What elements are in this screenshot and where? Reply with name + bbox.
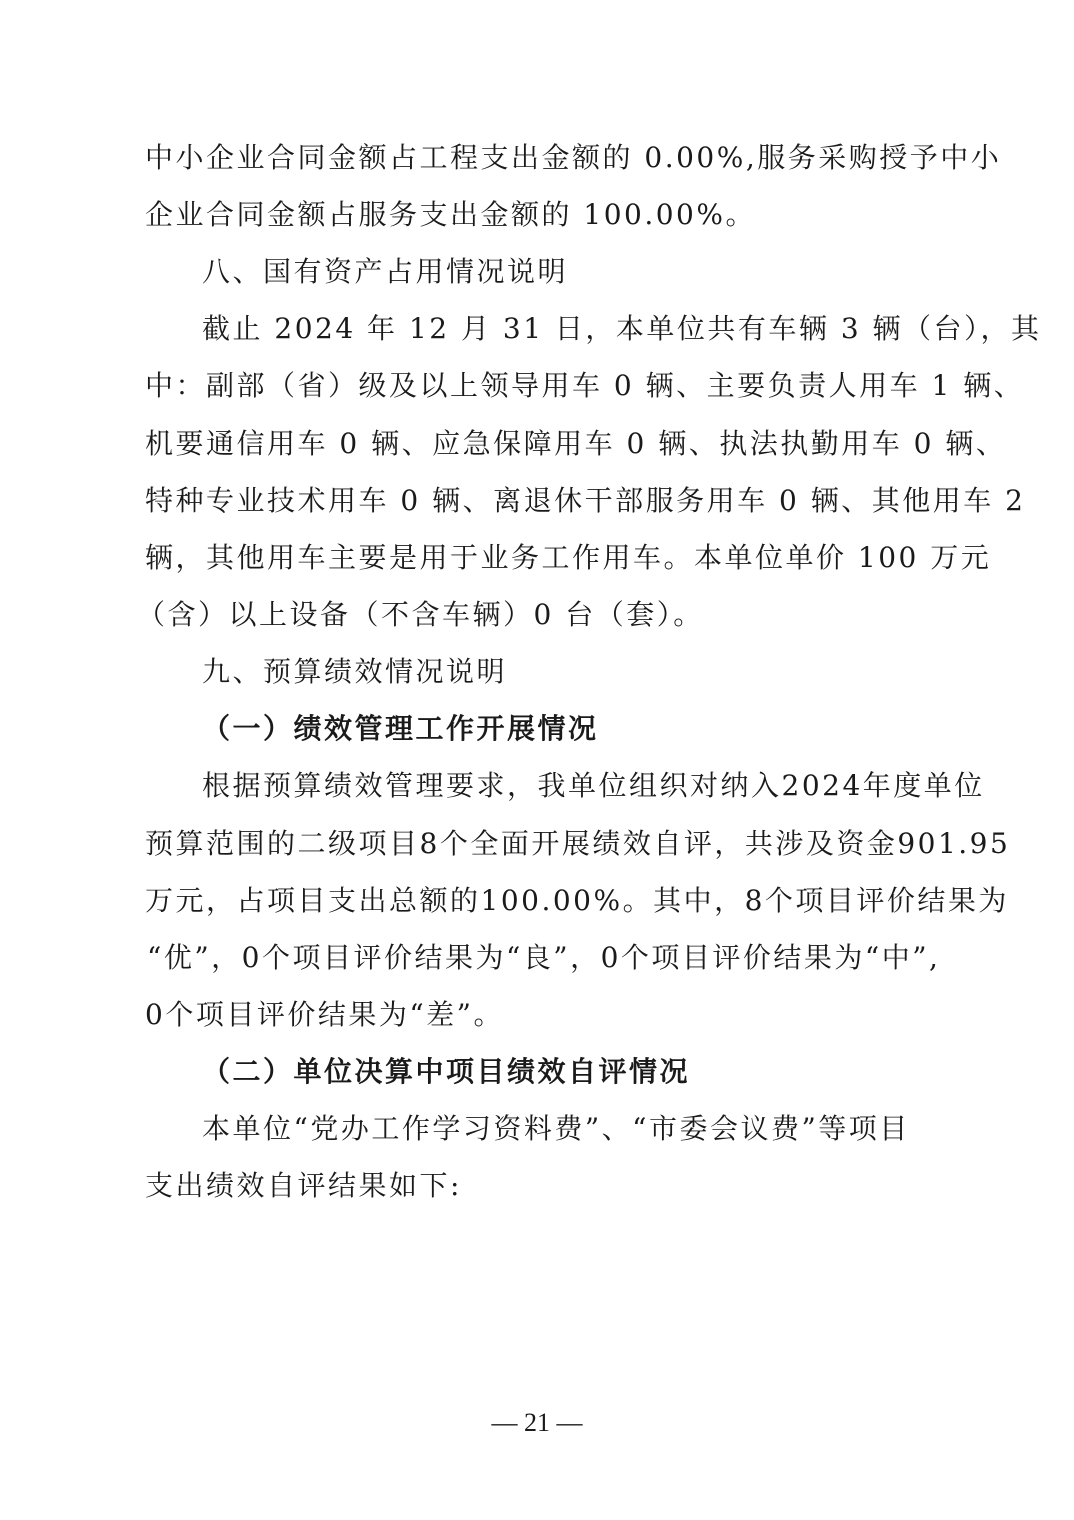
subsection-heading-2: （二）单位决算中项目绩效自评情况: [202, 1044, 690, 1100]
paragraph-line: 万元，占项目支出总额的100.00%。其中，8个项目评价结果为: [145, 873, 1009, 929]
paragraph-line: 特种专业技术用车 0 辆、离退休干部服务用车 0 辆、其他用车 2: [145, 473, 1025, 529]
paragraph-line: （含）以上设备（不含车辆）0 台（套）。: [137, 587, 704, 643]
paragraph-line: 支出绩效自评结果如下:: [145, 1158, 462, 1214]
paragraph-line: 0个项目评价结果为“差”。: [145, 987, 504, 1043]
section-heading-9: 九、预算绩效情况说明: [202, 644, 507, 700]
paragraph-line: 辆，其他用车主要是用于业务工作用车。本单位单价 100 万元: [145, 530, 991, 586]
paragraph-line: 根据预算绩效管理要求，我单位组织对纳入2024年度单位: [202, 758, 985, 814]
paragraph-line: 企业合同金额占服务支出金额的 100.00%。: [145, 187, 756, 243]
paragraph-line: 截止 2024 年 12 月 31 日，本单位共有车辆 3 辆（台），其: [202, 301, 1042, 357]
paragraph-line: “优”，0个项目评价结果为“良”，0个项目评价结果为“中”,: [147, 930, 940, 986]
paragraph-line: 中：副部（省）级及以上领导用车 0 辆、主要负责人用车 1 辆、: [145, 358, 1024, 414]
page-number: — 21 —: [0, 1408, 1074, 1438]
subsection-heading-1: （一）绩效管理工作开展情况: [202, 701, 599, 757]
paragraph-line: 预算范围的二级项目8个全面开展绩效自评，共涉及资金901.95: [145, 816, 1010, 872]
section-heading-8: 八、国有资产占用情况说明: [202, 244, 568, 300]
paragraph-line: 中小企业合同金额占工程支出金额的 0.00%,服务采购授予中小: [145, 130, 1001, 186]
paragraph-line: 本单位“党办工作学习资料费”、“市委会议费”等项目: [202, 1101, 910, 1157]
paragraph-line: 机要通信用车 0 辆、应急保障用车 0 辆、执法执勤用车 0 辆、: [145, 416, 1006, 472]
